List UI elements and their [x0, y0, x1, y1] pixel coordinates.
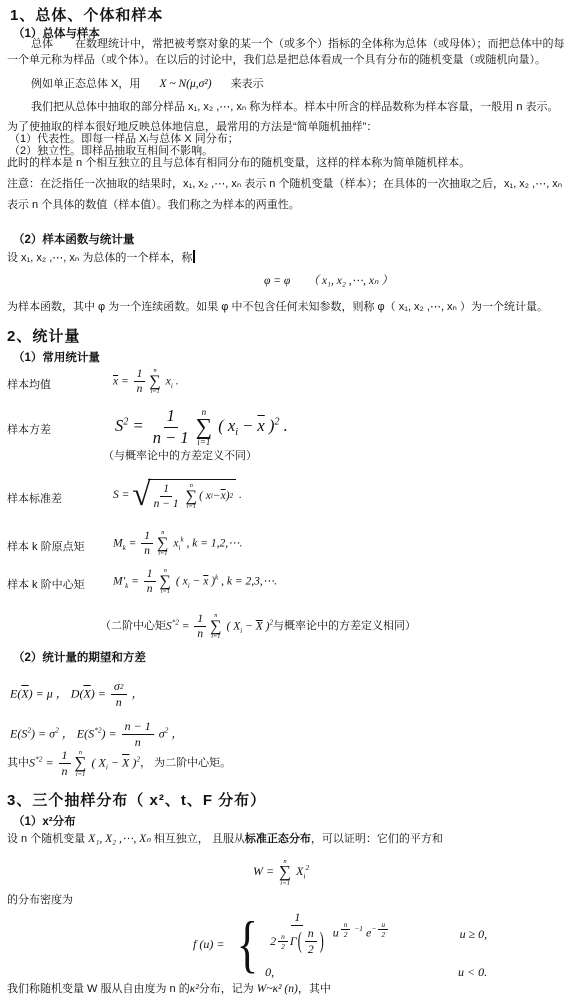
text-note2-pre: （二阶中心矩 — [100, 619, 166, 635]
formula-kappa-squared: κ² — [190, 983, 199, 995]
brace-glyph: { — [237, 914, 259, 975]
paragraph-note-duality-line1: 注意：在泛指任一次抽取的结果时，x₁, x₂ ,⋯, xₙ 表示 n 个随机变量… — [7, 177, 562, 193]
paragraph-density-intro: 的分布密度为 — [7, 893, 73, 909]
text-conclusion-2: 分布，记为 — [199, 983, 257, 995]
text-standard-normal-bold: 标准正态分布 — [245, 833, 311, 845]
section2-heading: 2、统计量 — [7, 325, 80, 346]
formula-k-raw-moment: Mk = 1nn∑i=1 xik , k = 1,2,⋯. — [113, 529, 243, 559]
formula-k-central-moment: M′k = 1nn∑i=1 ( xi − x )k , k = 2,3,⋯. — [113, 567, 277, 597]
formula-fu-cond2: u < 0. — [458, 966, 487, 978]
paragraph-second-moment-explanation: 其中 S*2 = 1nn∑i=1 ( Xi − X )2 ， 为二阶中心矩。 — [7, 748, 231, 779]
formula-expectation-variance: E(S2) = σ2 ， E(S*2) = n − 1n σ2 ， — [10, 719, 183, 750]
formula-fu-lhs: f (u) = — [193, 938, 224, 950]
formula-expectation-mean: E(X) = μ ， D(X) = σ2n ， — [10, 679, 144, 710]
formula-chi-square-density: f (u) = { 12n2 Γ(n2) un2 −1 e−u2 u ≥ 0, … — [193, 910, 487, 978]
paragraph-sample-function-intro: 设 x₁, x₂ ,⋯, xₙ 为总体的一个样本，称 — [7, 250, 195, 267]
text-chi-intro-3: ，可以证明：它们的平方和 — [311, 833, 443, 845]
label-k-central-moment: 样本 k 阶中心矩 — [7, 578, 85, 594]
section2-sub1-heading: （1）常用统计量 — [13, 349, 100, 365]
formula-sample-mean: x = 1nn∑i=1 xi . — [113, 367, 179, 397]
formula-sum-of-squares: W = n∑i=1 Xi2 — [253, 858, 309, 887]
formula-sample-std-deviation: S = √1n − 1n∑i=1 ( xi − x )2 . — [113, 479, 242, 512]
formula-phi-function: φ = φ （ x₁, x₂ ,⋯, xₙ ） — [264, 276, 393, 288]
label-sample-variance: 样本方差 — [7, 423, 51, 439]
section1-sub2-heading: （2）样本函数与统计量 — [13, 231, 134, 247]
paragraph-sample-definition: 我们把从总体中抽取的部分样品 x₁, x₂ ,⋯, xₙ 称为样本。样本中所含的… — [31, 100, 559, 116]
paragraph-population-definition: 总体 在数理统计中，常把被考察对象的某一个（或多个）指标的全体称为总体（或母体）… — [7, 37, 567, 68]
formula-fu-cond1: u ≥ 0, — [460, 928, 488, 940]
text-cursor — [193, 250, 195, 263]
paragraph-statistic-definition: 为样本函数，其中 φ 为一个连续函数。如果 φ 中不包含任何未知参数，则称 φ（… — [7, 300, 548, 316]
paragraph-note-duality-line2: 表示 n 个具体的数值（样本值）。我们称之为样本的两重性。 — [7, 198, 300, 214]
paragraph-chi-square-conclusion: 我们称随机变量 W 服从自由度为 n 的κ²分布，记为 W~κ² (n)，其中 — [7, 982, 331, 998]
section3-heading: 3、三个抽样分布（ x²、t、F 分布） — [7, 789, 266, 810]
text-normal-example-pre: 例如单正态总体 X，用 — [31, 78, 140, 90]
text-note2-post: 与概率论中的方差定义相同） — [273, 619, 416, 635]
formula-fu-case2: 0, — [265, 966, 274, 978]
text-normal-example-post: 来表示 — [231, 78, 264, 90]
text-chi-intro-1: 设 n 个随机变量 — [7, 833, 88, 845]
label-sample-mean: 样本均值 — [7, 378, 51, 394]
formula-s-star-squared: S*2 = 1nn∑i=1 ( Xi − X )2 — [29, 748, 140, 779]
formula-w-kappa-n: W~κ² (n) — [257, 983, 298, 995]
note-second-central-moment: （二阶中心矩 S*2 = 1nn∑i=1 ( Xi − X )2 与概率论中的方… — [100, 612, 416, 642]
label-sample-std-deviation: 样本标准差 — [7, 492, 62, 508]
formula-normal-distribution: X ~ N(μ,σ²) — [159, 78, 211, 90]
section3-sub1-heading: （1）x²分布 — [13, 813, 76, 829]
paragraph-simple-random-sample: 此时的样本是 n 个相互独立的且与总体有相同分布的随机变量，这样的样本称为简单随… — [7, 156, 470, 172]
paragraph-chi-square-intro: 设 n 个随机变量 X₁, X₂ ,⋯, Xₙ 相互独立， 且服从标准正态分布，… — [7, 832, 443, 848]
paragraph-normal-example: 例如单正态总体 X，用 X ~ N(μ,σ²) 来表示 — [31, 77, 264, 93]
text-exp3-post: ， 为二阶中心矩。 — [140, 756, 231, 772]
note-variance-difference: （与概率论中的方差定义不同） — [103, 449, 257, 465]
text-exp3-pre: 其中 — [7, 756, 29, 772]
label-k-raw-moment: 样本 k 阶原点矩 — [7, 540, 85, 556]
formula-sample-variance: S2 = 1n − 1n∑i=1 ( xi − x )2 . — [115, 406, 288, 448]
section1-heading: 1、总体、个体和样本 — [10, 4, 163, 25]
section2-sub2-heading: （2）统计量的期望和方差 — [13, 649, 146, 665]
text-conclusion-3: ，其中 — [298, 983, 331, 995]
text-sample-function-intro: 设 x₁, x₂ ,⋯, xₙ 为总体的一个样本，称 — [7, 252, 192, 264]
formula-random-variables: X₁, X₂ ,⋯, Xₙ — [88, 833, 150, 845]
text-chi-intro-2: 相互独立， 且服从 — [151, 833, 245, 845]
document-page: 1、总体、个体和样本 （1）总体与样本 总体 在数理统计中，常把被考察对象的某一… — [0, 0, 574, 1000]
formula-second-central-moment: S*2 = 1nn∑i=1 ( Xi − X )2 — [166, 612, 273, 642]
formula-fu-case1: 12n2 Γ(n2) un2 −1 e−u2 — [265, 910, 390, 957]
text-conclusion-1: 我们称随机变量 W 服从自由度为 n 的 — [7, 983, 190, 995]
